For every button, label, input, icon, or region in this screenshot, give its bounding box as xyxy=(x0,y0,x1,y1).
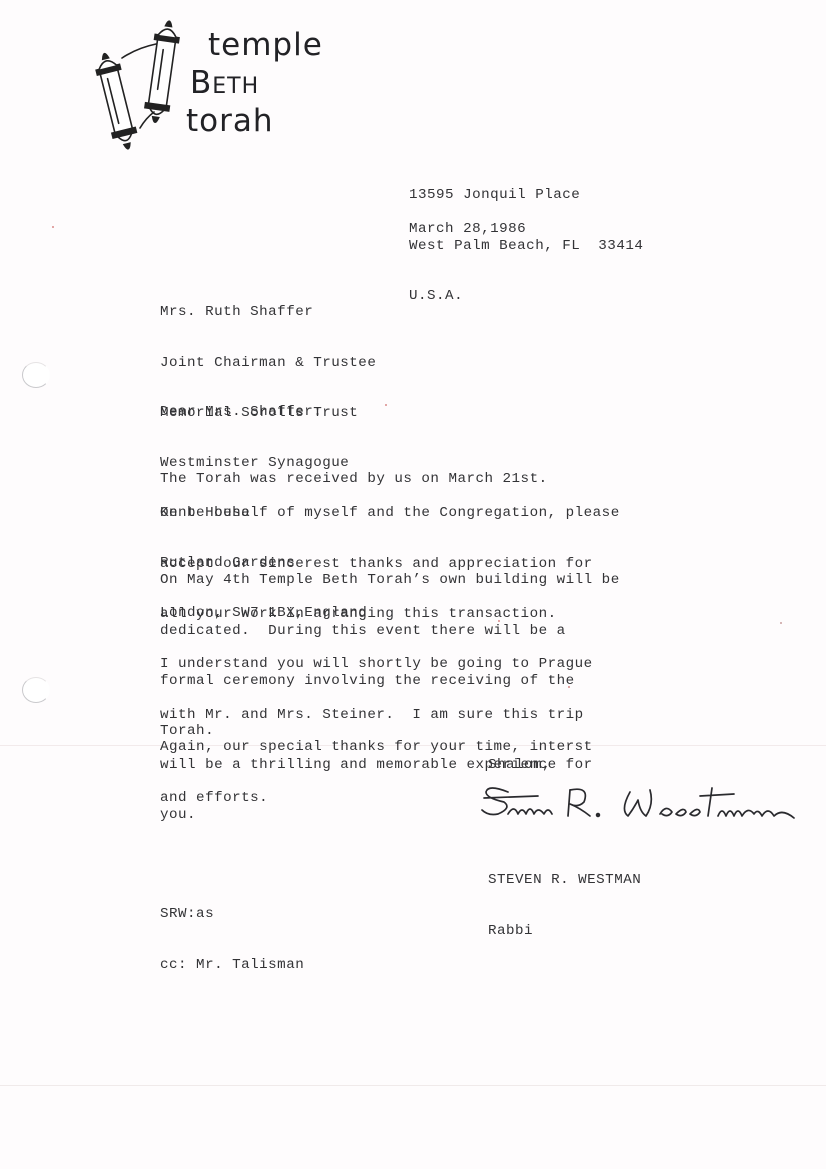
paper-speck xyxy=(780,622,782,624)
handwritten-signature-icon xyxy=(478,778,808,828)
letterhead-logo: temple Beth torah xyxy=(82,8,362,168)
letter-date: March 28,1986 xyxy=(409,221,526,238)
body-line: I understand you will shortly be going t… xyxy=(160,656,593,673)
body-line: On May 4th Temple Beth Torah’s own build… xyxy=(160,572,620,589)
typist-initials: SRW:as xyxy=(160,906,304,923)
letter-page: temple Beth torah 13595 Jonquil Place We… xyxy=(0,0,826,1169)
paper-speck xyxy=(498,620,500,622)
letterhead-name-line: Beth xyxy=(190,68,259,99)
punch-hole-icon xyxy=(22,362,50,388)
closing: Shalom, xyxy=(488,757,551,774)
torah-scroll-icon xyxy=(82,8,192,168)
signer-block: STEVEN R. WESTMAN Rabbi xyxy=(488,839,641,973)
paper-speck xyxy=(568,686,570,688)
carbon-copy-line: cc: Mr. Talisman xyxy=(160,957,304,974)
paper-speck xyxy=(385,404,387,406)
paper-speck xyxy=(52,226,54,228)
body-line: Again, our special thanks for your time,… xyxy=(160,739,593,756)
return-address-line: West Palm Beach, FL 33414 xyxy=(409,238,643,255)
recipient-line: Joint Chairman & Trustee xyxy=(160,355,376,372)
return-address-line: U.S.A. xyxy=(409,288,643,305)
letterhead-name-line: temple xyxy=(208,30,323,61)
return-address-line: 13595 Jonquil Place xyxy=(409,187,643,204)
recipient-line: Mrs. Ruth Shaffer xyxy=(160,304,376,321)
signer-name: STEVEN R. WESTMAN xyxy=(488,872,641,889)
return-address: 13595 Jonquil Place West Palm Beach, FL … xyxy=(409,154,643,338)
reference-block: SRW:as cc: Mr. Talisman xyxy=(160,873,304,1007)
punch-hole-icon xyxy=(22,677,50,703)
signer-title: Rabbi xyxy=(488,923,641,940)
salutation: Dear Mrs. Shaffer: xyxy=(160,404,322,421)
body-line: On be behalf of myself and the Congregat… xyxy=(160,505,620,522)
paper-fold-line xyxy=(0,1085,826,1086)
letterhead-name-line: torah xyxy=(186,106,274,137)
